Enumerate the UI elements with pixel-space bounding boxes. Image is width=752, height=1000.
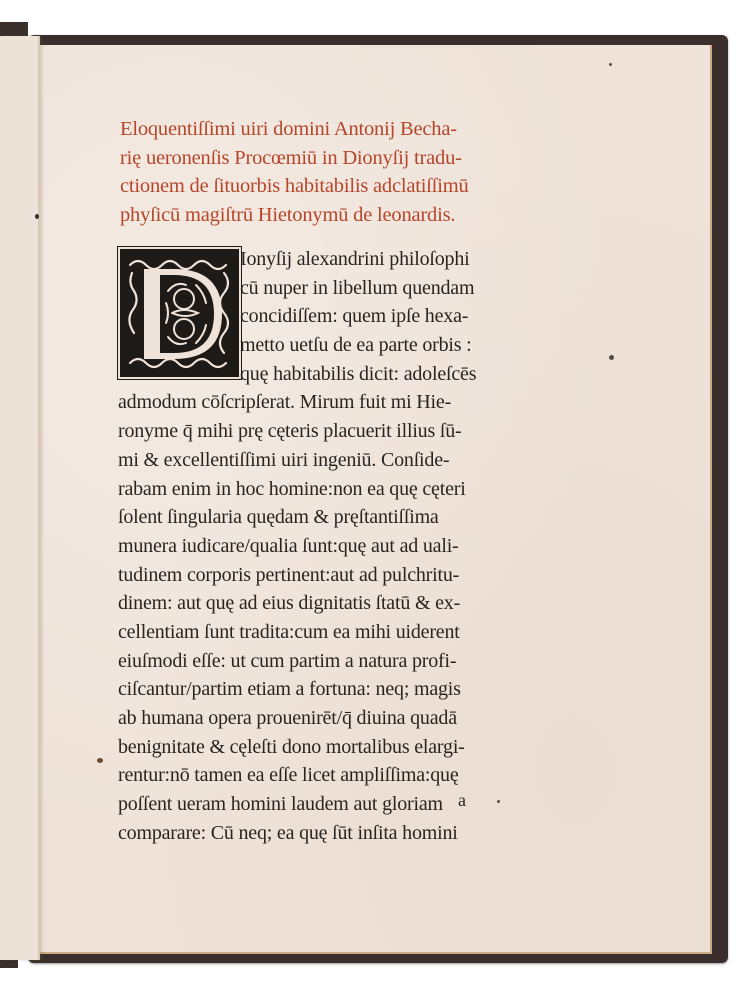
- text-line: Ionyſij alexandrini philoſophi: [118, 245, 518, 274]
- text-line: munera iudicare/qualia ſunt:quę aut ad u…: [118, 532, 518, 561]
- text-line: cellentiam ſunt tradita:cum ea mihi uide…: [118, 618, 518, 647]
- text-line: admodum cōſcripſerat. Mirum fuit mi Hie-: [118, 388, 518, 417]
- foxing-spot: [609, 63, 612, 66]
- text-line: mi & excellentiſſimi uiri ingeniū. Conſi…: [118, 446, 518, 475]
- foxing-spot: [97, 758, 103, 763]
- heading-line: rię ueronenſis Procœmiū in Dionyſij trad…: [120, 144, 510, 173]
- foxing-spot: [35, 214, 39, 219]
- heading-line: phyſicū magiſtrū Hietonymū de leonardis.: [120, 201, 510, 230]
- text-line: rabam enim in hoc homine:non ea quę cęte…: [118, 475, 518, 504]
- heading-line: Eloquentiſſimi uiri domini Antonij Becha…: [120, 115, 510, 144]
- flyleaf: [0, 36, 40, 960]
- text-line: tudinem corporis pertinent:aut ad pulchr…: [118, 561, 518, 590]
- text-line: ab humana opera prouenirēt/q̄ diuina qua…: [118, 704, 518, 733]
- text-line: ronyme q̄ mihi prę cęteris placuerit ill…: [118, 417, 518, 446]
- rubricated-heading: Eloquentiſſimi uiri domini Antonij Becha…: [120, 115, 510, 230]
- heading-line: ctionem de ſituorbis habitabilis adclati…: [120, 172, 510, 201]
- binding-edge-top: [0, 22, 28, 36]
- text-line: quę habitabilis dicit: adoleſcēs: [118, 360, 518, 389]
- signature-mark: a: [458, 790, 466, 811]
- text-line: eiuſmodi eſſe: ut cum partim a natura pr…: [118, 647, 518, 676]
- foxing-spot: [497, 800, 500, 803]
- text-line: benignitate & cęleſti dono mortalibus el…: [118, 733, 518, 762]
- text-line: ciſcantur/partim etiam a fortuna: neq; m…: [118, 675, 518, 704]
- foxing-spot: [609, 355, 614, 360]
- body-text: Ionyſij alexandrini philoſophi cū nuper …: [118, 245, 518, 847]
- text-line: cū nuper in libellum quendam: [118, 274, 518, 303]
- text-line: ſolent ſingularia quędam & pręſtantiſſim…: [118, 503, 518, 532]
- text-line: rentur:nō tamen ea eſſe licet ampliſſima…: [118, 761, 518, 790]
- text-line: metto uetſu de ea parte orbis :: [118, 331, 518, 360]
- text-line: comparare: Cū neq; ea quę ſūt inſita hom…: [118, 819, 518, 848]
- text-line: dinem: aut quę ad eius dignitatis ſtatū …: [118, 589, 518, 618]
- text-line: concidiſſem: quem ipſe hexa-: [118, 302, 518, 331]
